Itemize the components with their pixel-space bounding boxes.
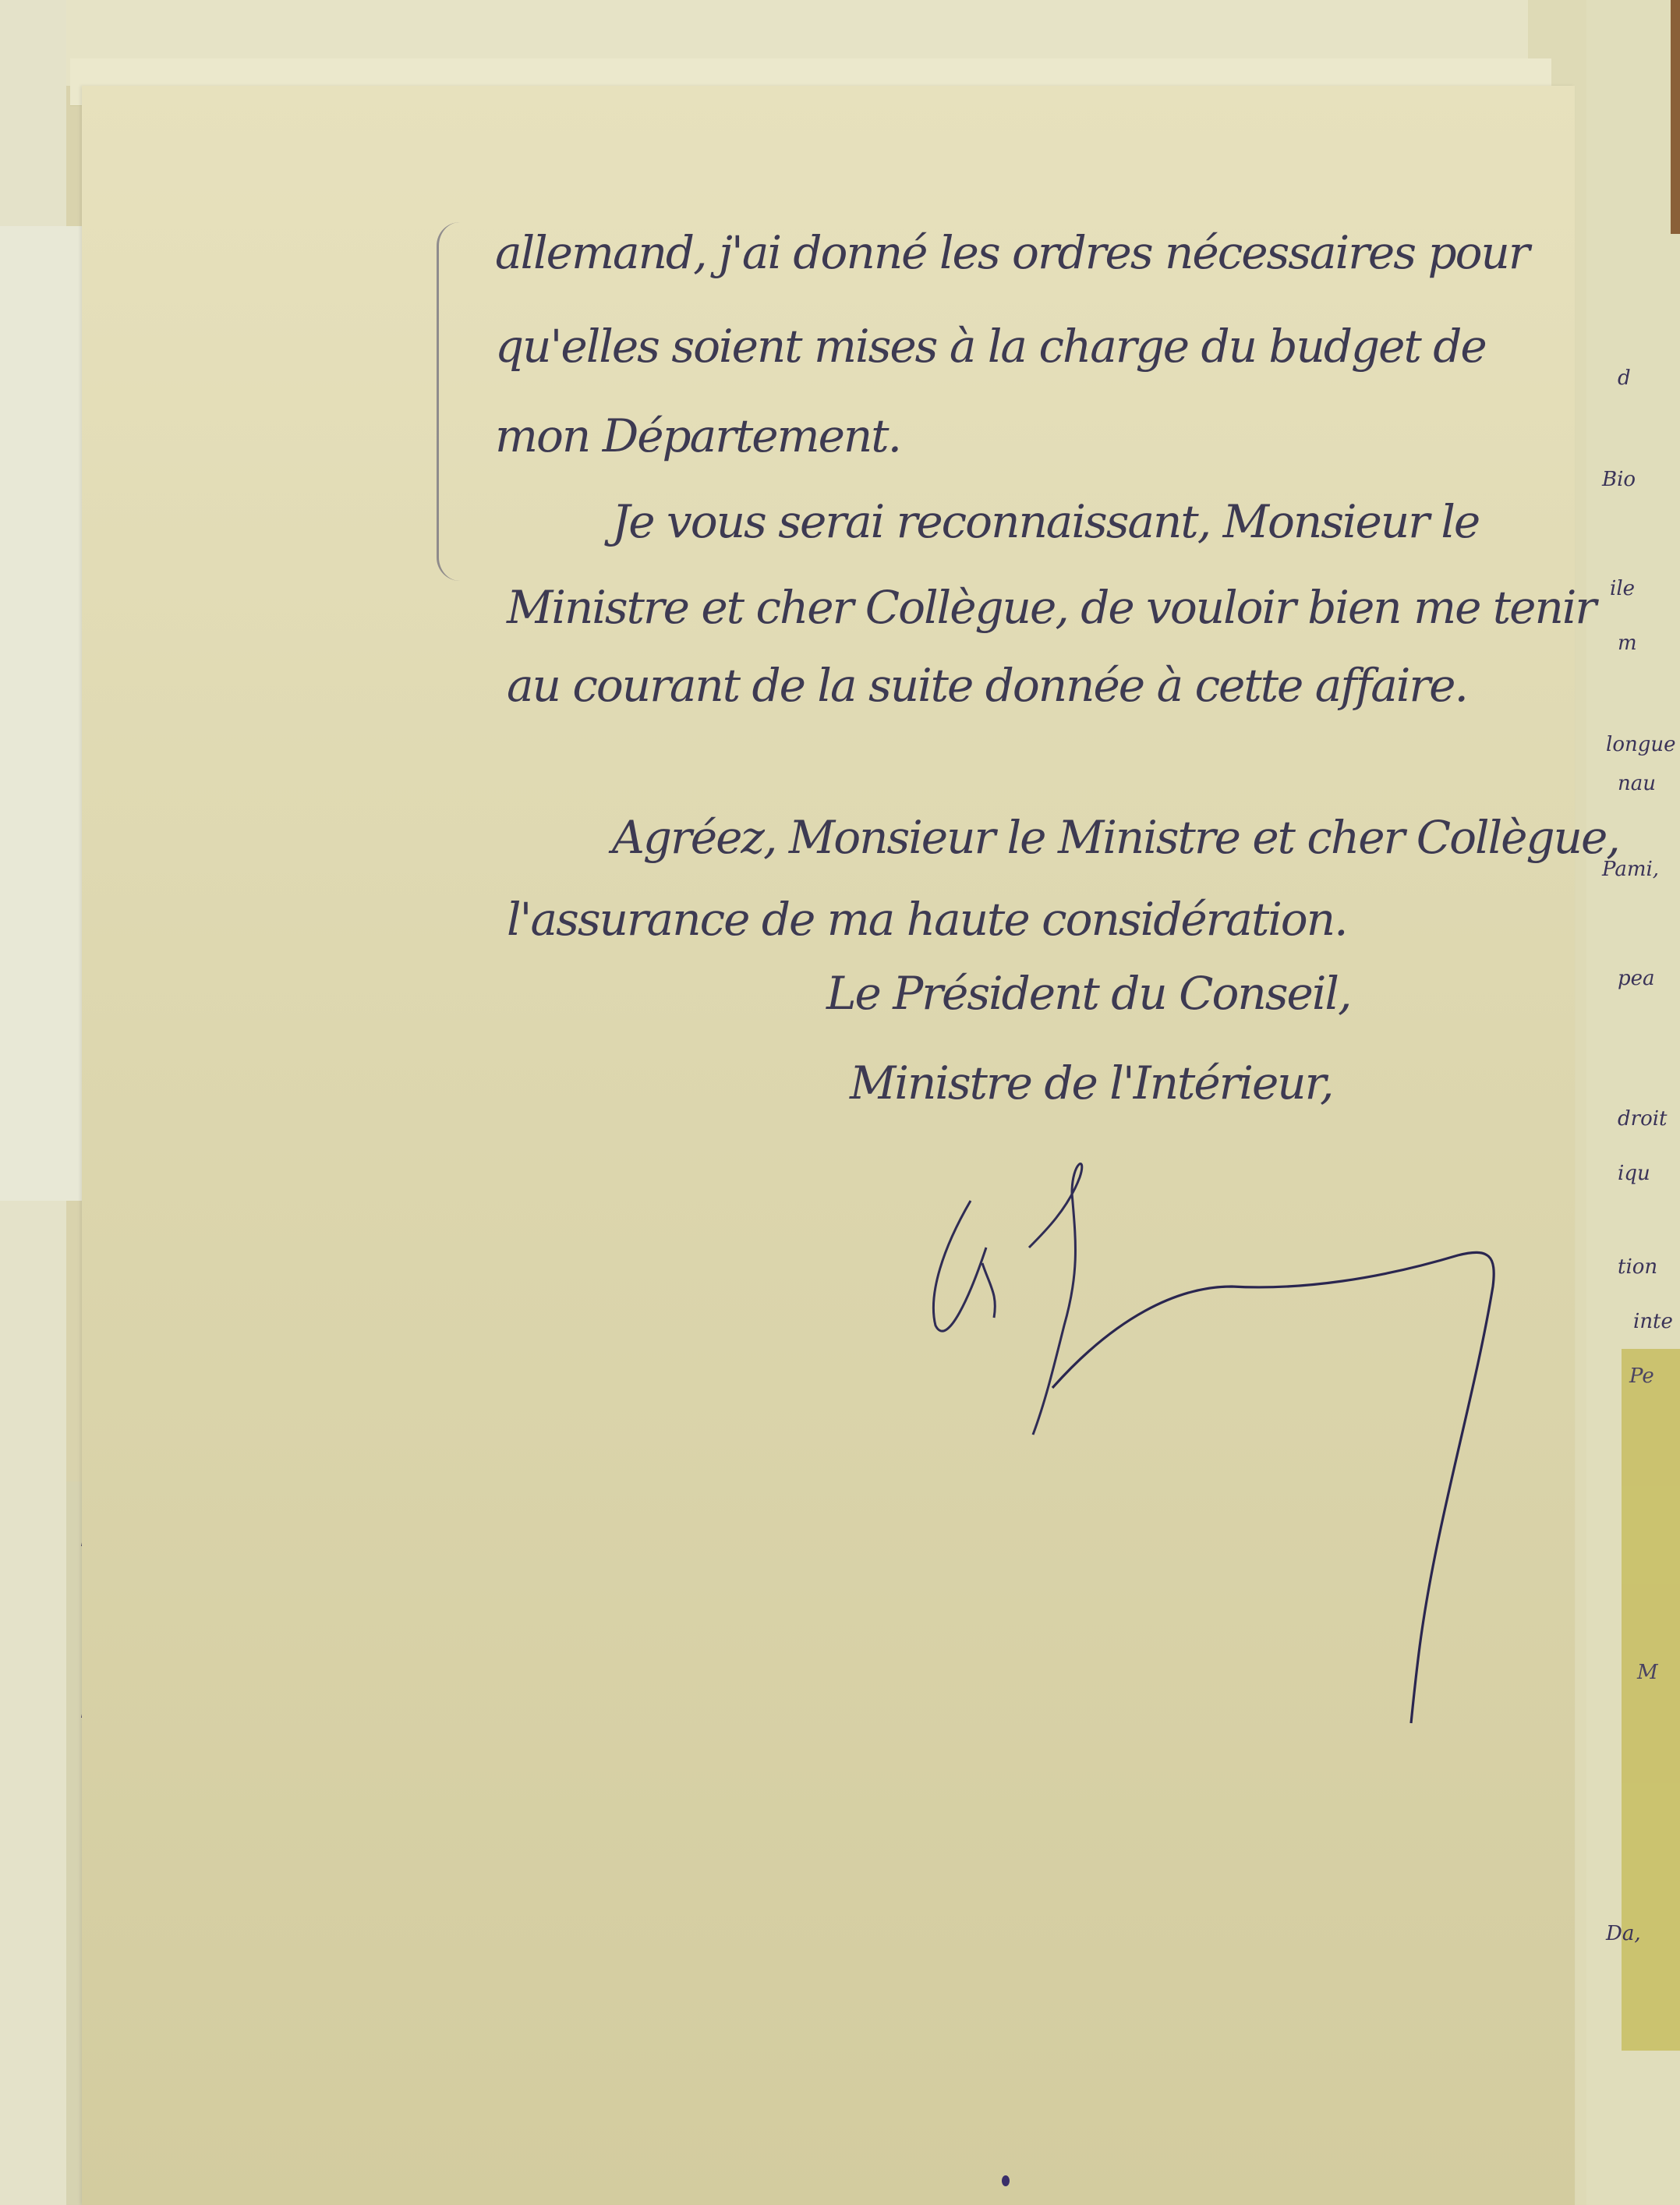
margin-fragment: Bio: [1602, 468, 1636, 491]
margin-fragment: longue: [1606, 733, 1676, 756]
margin-fragment: d: [1618, 366, 1631, 390]
text-line: allemand, j'ai donné les ordres nécessai…: [495, 226, 1529, 279]
margin-fragment: tion: [1618, 1255, 1657, 1279]
margin-fragment: nau: [1618, 772, 1656, 795]
text-line: Agréez, Monsieur le Ministre et cher Col…: [612, 811, 1619, 864]
text-line: Je vous serai reconnaissant, Monsieur le: [612, 495, 1479, 548]
signature-icon: [897, 1092, 1551, 1762]
margin-fragment: m: [1618, 632, 1637, 655]
text-line: qu'elles soient mises à la charge du bud…: [495, 320, 1486, 373]
ink-speck: [1002, 2175, 1010, 2186]
signatory-title-line-1: Le Président du Conseil,: [826, 967, 1350, 1020]
background-yellow-sheet: Pe M: [1622, 1349, 1680, 2051]
margin-fragment: inte: [1633, 1310, 1673, 1333]
wooden-edge: [1671, 0, 1680, 234]
background-paper-left-white: [0, 226, 83, 1201]
text-line: au courant de la suite donnée à cette af…: [507, 659, 1467, 712]
margin-fragment: pea: [1618, 967, 1655, 990]
margin-bracket: [437, 222, 462, 581]
margin-fragment: droit: [1618, 1107, 1668, 1131]
text-line: mon Département.: [495, 409, 900, 462]
margin-fragment: iqu: [1618, 1162, 1650, 1185]
margin-fragment: ile: [1610, 577, 1635, 600]
margin-fragment: Pe: [1629, 1364, 1654, 1388]
margin-fragment: Da,: [1606, 1922, 1641, 1945]
text-line: l'assurance de ma haute considération.: [507, 893, 1347, 946]
letter-sheet: allemand, j'ai donné les ordres nécessai…: [82, 86, 1575, 2205]
margin-fragment: M: [1637, 1661, 1658, 1684]
text-line: Ministre et cher Collègue, de vouloir bi…: [507, 581, 1595, 634]
